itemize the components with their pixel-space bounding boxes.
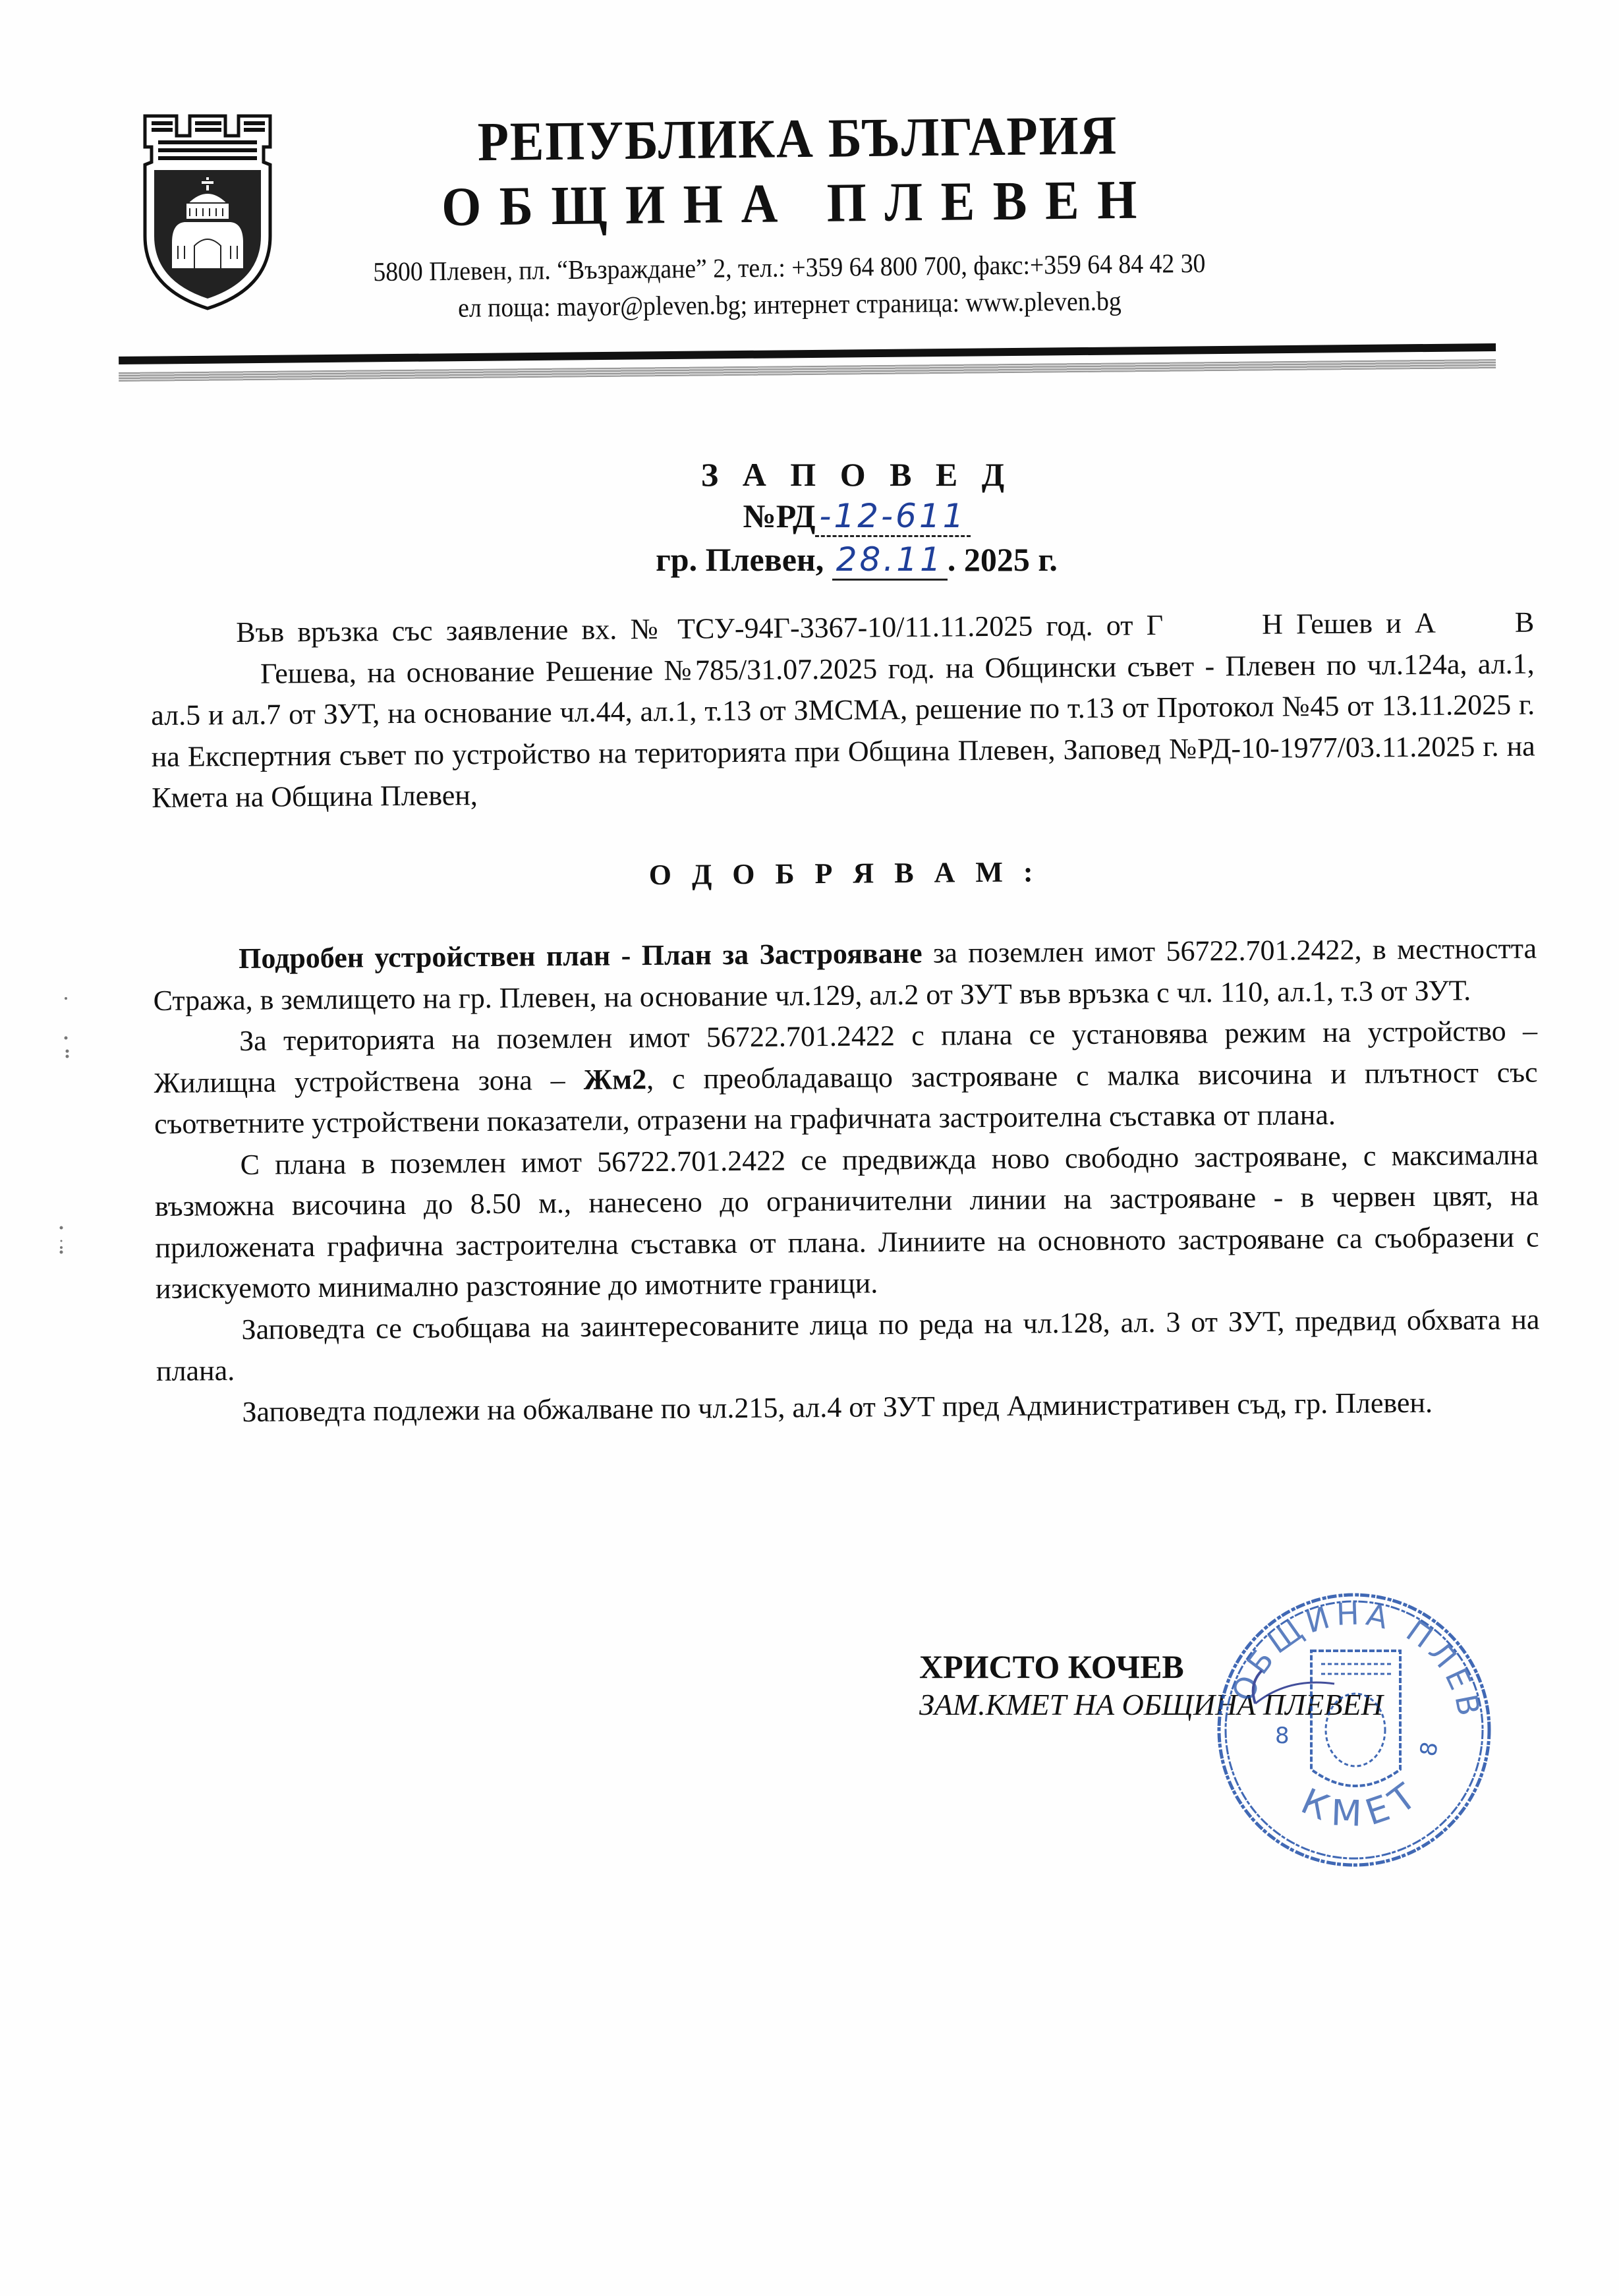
building-paragraph: С плана в поземлен имот 56722.701.2422 с…	[154, 1134, 1539, 1309]
notice-paragraph: Заповедта се съобщава на заинтересованит…	[156, 1299, 1540, 1392]
round-seal-stamp-icon: ОБЩИНА ПЛЕВЕН КМЕТ 8 8	[1209, 1578, 1499, 1875]
letterhead-contacts: 5800 Плевен, пл. “Възраждане” 2, тел.: +…	[316, 244, 1263, 328]
intro-text-3: Гешева, на основание Решение №785/31.07.…	[151, 647, 1535, 814]
order-title-block: З А П О В Е Д №РД-12-611 гр. Плевен, 28.…	[461, 455, 1252, 581]
order-date-handwritten: 28.11	[832, 540, 948, 581]
letterhead-title: РЕПУБЛИКА БЪЛГАРИЯ ОБЩИНА ПЛЕВЕН	[369, 103, 1227, 241]
plan-paragraph: Подробен устройствен план - План за Заст…	[153, 928, 1537, 1021]
intro-text-2: Гешев и А	[1296, 607, 1436, 641]
order-number-prefix: №РД	[743, 498, 816, 534]
svg-text:8: 8	[1275, 1723, 1290, 1749]
intro-redacted-initial-1: Н	[1262, 608, 1283, 641]
regime-paragraph: За територията на поземлен имот 56722.70…	[154, 1010, 1538, 1145]
order-number: №РД-12-611	[461, 494, 1252, 538]
zone-code: Жм2	[583, 1063, 646, 1096]
svg-text:8: 8	[1415, 1740, 1444, 1758]
plan-title: Подробен устройствен план - План за Заст…	[239, 937, 923, 975]
order-title: З А П О В Е Д	[461, 455, 1252, 494]
order-place-date: гр. Плевен, 28.11. 2025 г.	[461, 538, 1252, 581]
order-year: . 2025 г.	[948, 541, 1058, 578]
order-number-handwritten: -12-611	[815, 497, 970, 537]
country-name: РЕПУБЛИКА БЪЛГАРИЯ	[403, 103, 1192, 175]
intro-paragraph: Във връзка със заявление вх. № ТСУ-94Г-3…	[150, 602, 1535, 819]
scan-speck-marks	[58, 992, 78, 1269]
intro-redacted-initial-2: В	[1515, 606, 1535, 639]
approve-heading: О Д О Б Р Я В А М :	[152, 847, 1536, 900]
intro-text-1: Във връзка със заявление вх. № ТСУ-94Г-3…	[236, 609, 1163, 648]
pleven-coat-of-arms-icon	[132, 111, 283, 315]
order-place: гр. Плевен,	[656, 541, 824, 578]
municipality-name: ОБЩИНА ПЛЕВЕН	[404, 167, 1193, 241]
svg-text:КМЕТ: КМЕТ	[1295, 1770, 1431, 1835]
document-page: РЕПУБЛИКА БЪЛГАРИЯ ОБЩИНА ПЛЕВЕН 5800 Пл…	[0, 0, 1619, 2296]
order-body: Във връзка със заявление вх. № ТСУ-94Г-3…	[150, 602, 1541, 1433]
header-divider-gray	[119, 359, 1496, 382]
